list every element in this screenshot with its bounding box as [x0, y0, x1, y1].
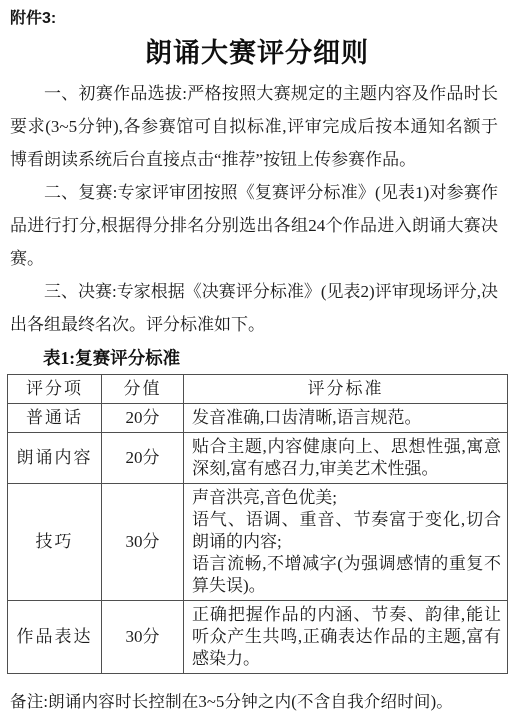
cell-criteria: 发音准确,口齿清晰,语言规范。 [184, 404, 508, 433]
paragraph-semifinal-round: 二、复赛:专家评审团按照《复赛评分标准》(见表1)对参赛作品进行打分,根据得分排… [10, 176, 498, 275]
paragraph-preliminary-round: 一、初赛作品选拔:严格按照大赛规定的主题内容及作品时长要求(3~5分钟),各参赛… [10, 77, 498, 176]
table-row: 技巧 30分 声音洪亮,音色优美; 语气、语调、重音、节奏富于变化,切合朗诵的内… [8, 484, 508, 601]
score-table: 评分项 分值 评分标准 普通话 20分 发音准确,口齿清晰,语言规范。 朗诵内容… [7, 374, 508, 674]
remark-note: 备注:朗诵内容时长控制在3~5分钟之内(不含自我介绍时间)。 [10, 689, 504, 715]
cell-score: 30分 [102, 601, 184, 674]
cell-criteria: 正确把握作品的内涵、节奏、韵律,能让听众产生共鸣,正确表达作品的主题,富有感染力… [184, 601, 508, 674]
cell-item: 作品表达 [8, 601, 102, 674]
cell-item: 普通话 [8, 404, 102, 433]
column-header-score: 分值 [102, 375, 184, 404]
page-title: 朗诵大赛评分细则 [10, 37, 504, 69]
table-caption: 表1:复赛评分标准 [10, 345, 504, 371]
table-row: 作品表达 30分 正确把握作品的内涵、节奏、韵律,能让听众产生共鸣,正确表达作品… [8, 601, 508, 674]
column-header-criteria: 评分标准 [184, 375, 508, 404]
cell-item: 技巧 [8, 484, 102, 601]
column-header-item: 评分项 [8, 375, 102, 404]
paragraph-final-round: 三、决赛:专家根据《决赛评分标准》(见表2)评审现场评分,决出各组最终名次。评分… [10, 275, 498, 341]
body-text: 一、初赛作品选拔:严格按照大赛规定的主题内容及作品时长要求(3~5分钟),各参赛… [10, 77, 504, 341]
cell-score: 20分 [102, 404, 184, 433]
table-row: 朗诵内容 20分 贴合主题,内容健康向上、思想性强,寓意深刻,富有感召力,审美艺… [8, 433, 508, 484]
cell-score: 20分 [102, 433, 184, 484]
table-row: 普通话 20分 发音准确,口齿清晰,语言规范。 [8, 404, 508, 433]
cell-score: 30分 [102, 484, 184, 601]
table-header-row: 评分项 分值 评分标准 [8, 375, 508, 404]
cell-criteria: 贴合主题,内容健康向上、思想性强,寓意深刻,富有感召力,审美艺术性强。 [184, 433, 508, 484]
cell-item: 朗诵内容 [8, 433, 102, 484]
cell-criteria: 声音洪亮,音色优美; 语气、语调、重音、节奏富于变化,切合朗诵的内容; 语言流畅… [184, 484, 508, 601]
attachment-label: 附件3: [10, 8, 504, 30]
document-page: 附件3: 朗诵大赛评分细则 一、初赛作品选拔:严格按照大赛规定的主题内容及作品时… [0, 0, 512, 717]
